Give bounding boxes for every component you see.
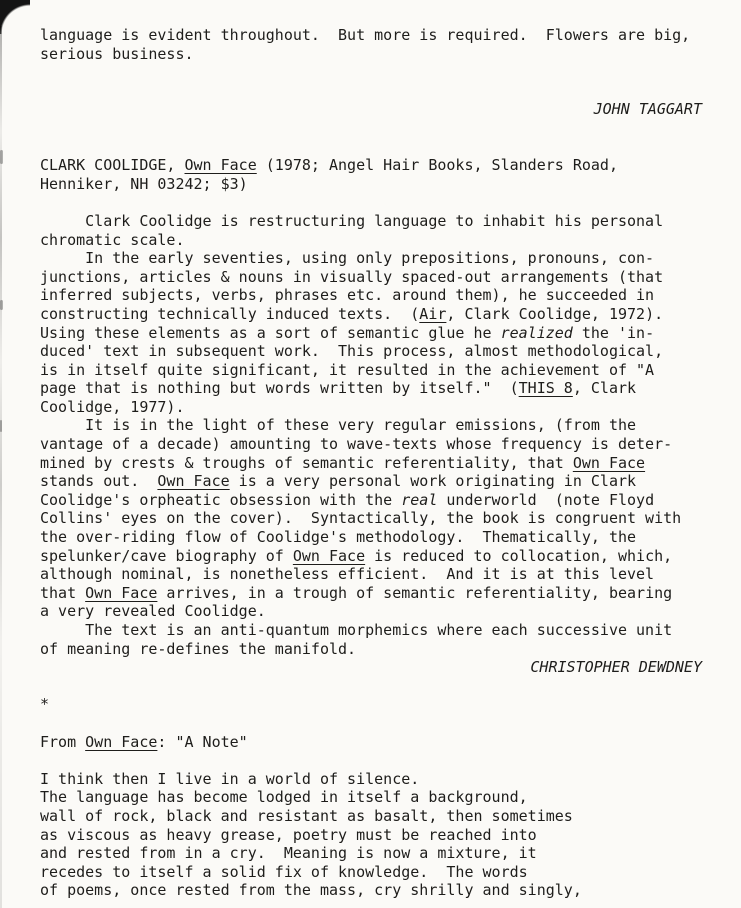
text-line: The text is an anti-quantum morphemics w… xyxy=(40,621,702,640)
text-span: CLARK COOLIDGE, xyxy=(40,156,185,174)
text-span: recedes to itself a solid fix of knowled… xyxy=(40,863,528,881)
blank-line xyxy=(40,193,702,212)
text-line: From Own Face: "A Note" xyxy=(40,733,702,752)
text-line: junctions, articles & nouns in visually … xyxy=(40,268,702,287)
text-span: language is evident throughout. But more… xyxy=(40,26,690,44)
text-span: The language has become lodged in itself… xyxy=(40,788,528,806)
text-span: mined by crests & troughs of semantic re… xyxy=(40,454,573,472)
text-span: duced' text in subsequent work. This pro… xyxy=(40,342,663,360)
text-line: is in itself quite significant, it resul… xyxy=(40,361,702,380)
text-span: serious business. xyxy=(40,45,194,63)
blank-line xyxy=(40,82,702,101)
text-span: It is in the light of these very regular… xyxy=(40,416,636,434)
text-line: * xyxy=(40,695,702,714)
scan-edge-artifact xyxy=(0,26,2,908)
scan-smudge xyxy=(0,300,3,310)
text-span: is a very personal work originating in C… xyxy=(230,472,636,490)
text-span: (1978; Angel Hair Books, Slanders Road, xyxy=(257,156,618,174)
text-line: spelunker/cave biography of Own Face is … xyxy=(40,547,702,566)
text-span: stands out. xyxy=(40,472,157,490)
text-line: recedes to itself a solid fix of knowled… xyxy=(40,863,702,882)
text-line: inferred subjects, verbs, phrases etc. a… xyxy=(40,286,702,305)
text-line: Coolidge, 1977). xyxy=(40,398,702,417)
text-line: The language has become lodged in itself… xyxy=(40,788,702,807)
text-span: constructing technically induced texts. … xyxy=(40,305,419,323)
blank-line xyxy=(40,714,702,733)
underlined-text: Own Face xyxy=(85,733,157,751)
text-span: page that is nothing but words written b… xyxy=(40,379,519,397)
underlined-text: Own Face xyxy=(185,156,257,174)
text-line: stands out. Own Face is a very personal … xyxy=(40,472,702,491)
text-span: , Clark Coolidge, 1972). xyxy=(446,305,663,323)
text-span: spelunker/cave biography of xyxy=(40,547,293,565)
text-span: although nominal, is nonetheless efficie… xyxy=(40,565,654,583)
text-span: , Clark xyxy=(573,379,636,397)
text-line: serious business. xyxy=(40,45,702,64)
text-span: The text is an anti-quantum morphemics w… xyxy=(40,621,672,639)
italic-text: realized xyxy=(501,324,573,342)
text-line: I think then I live in a world of silenc… xyxy=(40,770,702,789)
underlined-text: Own Face xyxy=(293,547,365,565)
text-span: is in itself quite significant, it resul… xyxy=(40,361,654,379)
text-line: although nominal, is nonetheless efficie… xyxy=(40,565,702,584)
text-span: and rested from in a cry. Meaning is now… xyxy=(40,844,537,862)
text-span: I think then I live in a world of silenc… xyxy=(40,770,419,788)
text-span: vantage of a decade) amounting to wave-t… xyxy=(40,435,672,453)
text-span: inferred subjects, verbs, phrases etc. a… xyxy=(40,286,654,304)
text-line: chromatic scale. xyxy=(40,231,702,250)
text-line: of poems, once rested from the mass, cry… xyxy=(40,881,702,900)
scan-corner-artifact xyxy=(0,0,30,34)
text-span: From xyxy=(40,733,85,751)
text-line: Using these elements as a sort of semant… xyxy=(40,324,702,343)
text-line: duced' text in subsequent work. This pro… xyxy=(40,342,702,361)
italic-text: JOHN TAGGART xyxy=(594,100,702,118)
text-line: Collins' eyes on the cover). Syntactical… xyxy=(40,509,702,528)
text-span: is reduced to collocation, which, xyxy=(365,547,672,565)
text-span: a very revealed Coolidge. xyxy=(40,602,266,620)
text-span: underworld (note Floyd xyxy=(437,491,654,509)
text-line: Coolidge's orpheatic obsession with the … xyxy=(40,491,702,510)
text-line: constructing technically induced texts. … xyxy=(40,305,702,324)
underlined-text: THIS 8 xyxy=(519,379,573,397)
text-span: junctions, articles & nouns in visually … xyxy=(40,268,663,286)
text-line: In the early seventies, using only prepo… xyxy=(40,249,702,268)
text-line: wall of rock, black and resistant as bas… xyxy=(40,807,702,826)
text-line: of meaning re-defines the manifold. xyxy=(40,640,702,659)
underlined-text: Own Face xyxy=(85,584,157,602)
text-line: the over-riding flow of Coolidge's metho… xyxy=(40,528,702,547)
text-span: Henniker, NH 03242; $3) xyxy=(40,175,248,193)
text-span: that xyxy=(40,584,85,602)
italic-text: real xyxy=(401,491,437,509)
text-span: Collins' eyes on the cover). Syntactical… xyxy=(40,509,681,527)
text-span: Clark Coolidge is restructuring language… xyxy=(40,212,663,230)
text-span: Using these elements as a sort of semant… xyxy=(40,324,501,342)
text-line: mined by crests & troughs of semantic re… xyxy=(40,454,702,473)
italic-text: CHRISTOPHER DEWDNEY xyxy=(530,658,702,676)
text-span: arrives, in a trough of semantic referen… xyxy=(157,584,672,602)
text-line: Henniker, NH 03242; $3) xyxy=(40,175,702,194)
underlined-text: Own Face xyxy=(573,454,645,472)
text-span: * xyxy=(40,695,49,713)
text-line: that Own Face arrives, in a trough of se… xyxy=(40,584,702,603)
scan-smudge xyxy=(0,150,3,164)
blank-line xyxy=(40,63,702,82)
document-text: language is evident throughout. But more… xyxy=(40,26,702,900)
scanned-page: language is evident throughout. But more… xyxy=(0,0,741,908)
text-line: a very revealed Coolidge. xyxy=(40,602,702,621)
text-line: JOHN TAGGART xyxy=(40,100,702,119)
text-line: CHRISTOPHER DEWDNEY xyxy=(40,658,702,677)
blank-line xyxy=(40,751,702,770)
text-line: It is in the light of these very regular… xyxy=(40,416,702,435)
scan-smudge xyxy=(0,420,2,432)
text-span: wall of rock, black and resistant as bas… xyxy=(40,807,573,825)
text-span: In the early seventies, using only prepo… xyxy=(40,249,654,267)
text-span: of poems, once rested from the mass, cry… xyxy=(40,881,582,899)
text-span: chromatic scale. xyxy=(40,231,185,249)
text-span: Coolidge's orpheatic obsession with the xyxy=(40,491,401,509)
text-span: : "A Note" xyxy=(157,733,247,751)
text-span: of meaning re-defines the manifold. xyxy=(40,640,356,658)
blank-line xyxy=(40,677,702,696)
underlined-text: Own Face xyxy=(157,472,229,490)
text-span: the 'in- xyxy=(573,324,654,342)
text-line: page that is nothing but words written b… xyxy=(40,379,702,398)
blank-line xyxy=(40,138,702,157)
text-line: CLARK COOLIDGE, Own Face (1978; Angel Ha… xyxy=(40,156,702,175)
text-line: as viscous as heavy grease, poetry must … xyxy=(40,826,702,845)
text-span: Coolidge, 1977). xyxy=(40,398,185,416)
underlined-text: Air xyxy=(419,305,446,323)
text-span: the over-riding flow of Coolidge's metho… xyxy=(40,528,636,546)
text-line: Clark Coolidge is restructuring language… xyxy=(40,212,702,231)
blank-line xyxy=(40,119,702,138)
text-span: as viscous as heavy grease, poetry must … xyxy=(40,826,537,844)
text-line: language is evident throughout. But more… xyxy=(40,26,702,45)
text-line: and rested from in a cry. Meaning is now… xyxy=(40,844,702,863)
text-line: vantage of a decade) amounting to wave-t… xyxy=(40,435,702,454)
